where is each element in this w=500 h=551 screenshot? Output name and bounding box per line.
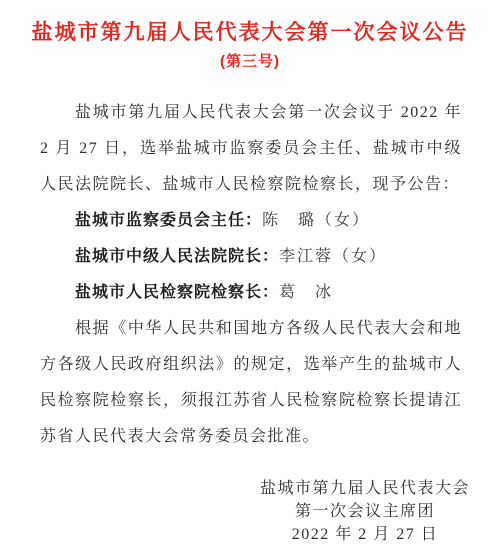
announcement-document: 盐城市第九届人民代表大会第一次会议公告 (第三号) 盐城市第九届人民代表大会第一… [0,0,500,551]
appointment-name: 陈 璐（女） [262,212,370,229]
appointment-name: 葛 冰 [279,284,333,301]
appointment-position: 盐城市人民检察院检察长： [75,284,279,301]
intro-paragraph: 盐城市第九届人民代表大会第一次会议于 2022 年 2 月 27 日，选举盐城市… [40,95,462,203]
signature-block: 盐城市第九届人民代表大会 第一次会议主席团 2022 年 2 月 27 日 [260,477,470,546]
appointments-list: 盐城市监察委员会主任：陈 璐（女） 盐城市中级人民法院院长：李江蓉（女） 盐城市… [40,203,462,311]
appointment-row: 盐城市监察委员会主任：陈 璐（女） [75,203,462,239]
document-body: 盐城市第九届人民代表大会第一次会议于 2022 年 2 月 27 日，选举盐城市… [40,95,462,455]
legal-paragraph: 根据《中华人民共和国地方各级人民代表大会和地方各级人民政府组织法》的规定，选举产… [40,311,462,455]
appointment-position: 盐城市中级人民法院院长： [75,248,279,265]
document-subtitle: (第三号) [0,52,500,71]
appointment-position: 盐城市监察委员会主任： [75,212,262,229]
appointment-row: 盐城市中级人民法院院长：李江蓉（女） [75,239,462,275]
appointment-row: 盐城市人民检察院检察长：葛 冰 [75,275,462,311]
document-title: 盐城市第九届人民代表大会第一次会议公告 [6,20,494,45]
signature-presidium: 第一次会议主席团 [260,500,470,523]
signature-date: 2022 年 2 月 27 日 [260,523,470,546]
appointment-name: 李江蓉（女） [279,248,387,265]
signature-organization: 盐城市第九届人民代表大会 [260,477,470,500]
